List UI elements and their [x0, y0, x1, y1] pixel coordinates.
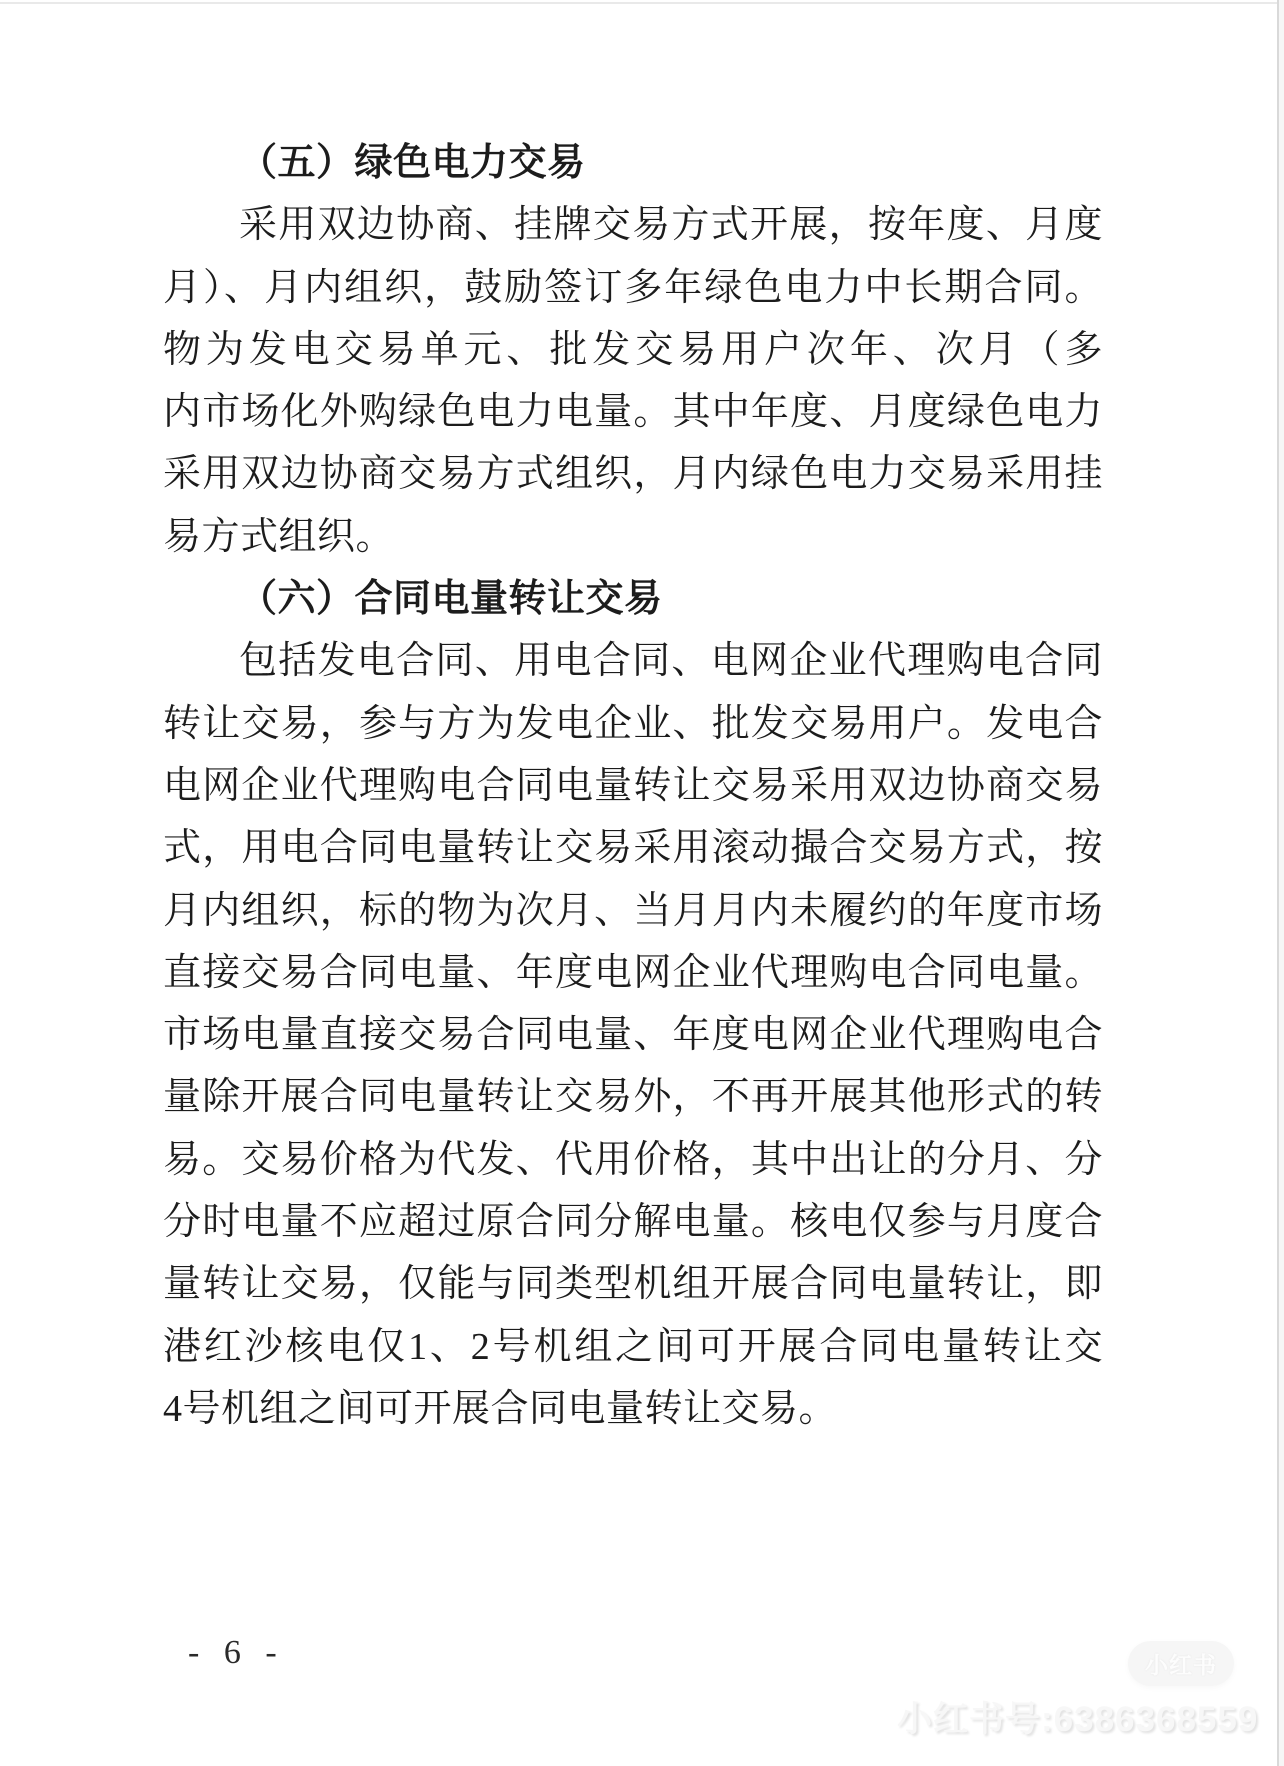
text-line: 量转让交易，仅能与同类型机组开展合同电量转让，即防城 — [163, 1253, 1103, 1315]
text-line: 港红沙核电仅1、2号机组之间可开展合同电量转让交易，3、 — [163, 1316, 1103, 1378]
scan-top-edge — [0, 2, 1284, 4]
section-heading-6: （六）合同电量转让交易 — [163, 568, 1103, 630]
text-line: 易。交易价格为代发、代用价格，其中出让的分月、分日、 — [163, 1129, 1103, 1191]
document-text-block: （五）绿色电力交易 采用双边协商、挂牌交易方式开展，按年度、月度（多 月）、月内… — [163, 132, 1103, 1440]
text-line: 易方式组织。 — [163, 506, 1103, 568]
section-heading-5: （五）绿色电力交易 — [163, 132, 1103, 194]
text-line: 分时电量不应超过原合同分解电量。核电仅参与月度合同电 — [163, 1191, 1103, 1253]
text-line: 采用双边协商交易方式组织，月内绿色电力交易采用挂牌交 — [163, 443, 1103, 505]
scan-right-margin-strip — [1279, 0, 1284, 1766]
text-line: 式，用电合同电量转让交易采用滚动撮合交易方式，按月度、 — [163, 817, 1103, 879]
text-line: 月内组织，标的物为次月、当月月内未履约的年度市场电量 — [163, 880, 1103, 942]
text-line: 物为发电交易单元、批发交易用户次年、次月（多月）、月 — [163, 319, 1103, 381]
text-line: 量除开展合同电量转让交易外，不再开展其他形式的转让交 — [163, 1066, 1103, 1128]
text-line: 采用双边协商、挂牌交易方式开展，按年度、月度（多 — [163, 194, 1103, 256]
text-line: 直接交易合同电量、年度电网企业代理购电合同电量。年度 — [163, 942, 1103, 1004]
scan-right-edge-line — [1277, 0, 1279, 1766]
xiaohongshu-account-watermark: 小红书号:6386368559 — [897, 1692, 1258, 1742]
text-line: 包括发电合同、用电合同、电网企业代理购电合同电量 — [163, 630, 1103, 692]
scanned-document-page: （五）绿色电力交易 采用双边协商、挂牌交易方式开展，按年度、月度（多 月）、月内… — [0, 0, 1284, 1766]
text-line: 转让交易，参与方为发电企业、批发交易用户。发电合同、 — [163, 693, 1103, 755]
text-line: 4号机组之间可开展合同电量转让交易。 — [163, 1378, 1103, 1440]
xiaohongshu-logo-badge: 小红书 — [1128, 1641, 1234, 1686]
text-line: 市场电量直接交易合同电量、年度电网企业代理购电合同电 — [163, 1004, 1103, 1066]
text-line: 月）、月内组织，鼓励签订多年绿色电力中长期合同。标的 — [163, 257, 1103, 319]
text-line: 电网企业代理购电合同电量转让交易采用双边协商交易方 — [163, 755, 1103, 817]
paragraph-contract-volume-transfer: 包括发电合同、用电合同、电网企业代理购电合同电量 转让交易，参与方为发电企业、批… — [163, 630, 1103, 1440]
text-line: 内市场化外购绿色电力电量。其中年度、月度绿色电力交易 — [163, 381, 1103, 443]
page-number: - 6 - — [188, 1634, 285, 1672]
paragraph-green-power-trading: 采用双边协商、挂牌交易方式开展，按年度、月度（多 月）、月内组织，鼓励签订多年绿… — [163, 194, 1103, 568]
